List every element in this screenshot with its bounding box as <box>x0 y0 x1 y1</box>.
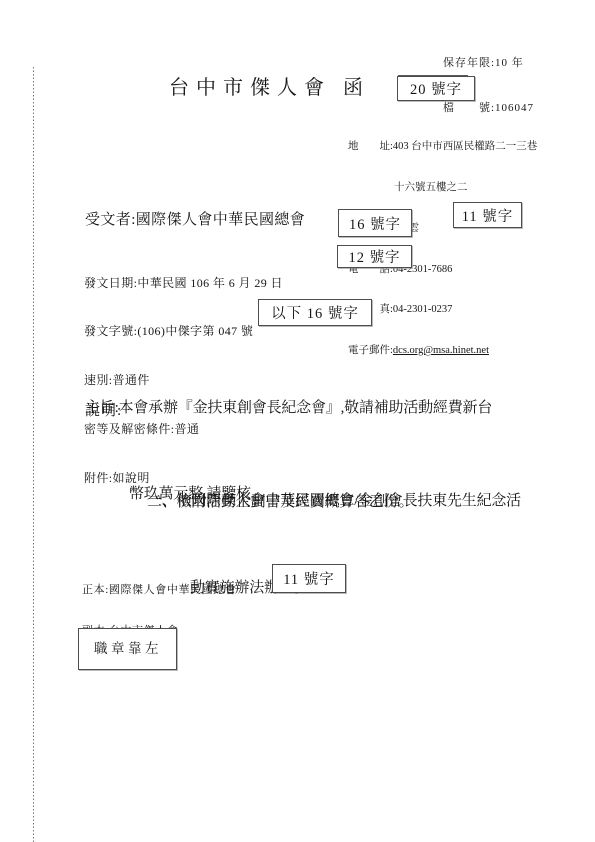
body-font-size-annotation: 以下 16 號字 <box>258 299 372 326</box>
address-line-2: 十六號五樓之二 <box>348 181 537 195</box>
address-value: 403 台中市西區民權路二一三巷 <box>393 141 537 152</box>
date-font-size-annotation: 12 號字 <box>337 245 412 268</box>
original-recipient-line: 正本:國際傑人會中華民國總會 <box>82 584 236 598</box>
contact-font-size-annotation: 11 號字 <box>453 202 522 228</box>
fax-line: 傳 真:04-2301-0237 <box>348 303 537 317</box>
seal-position-note: 職章靠左 <box>94 637 176 657</box>
document-type-label: 函 <box>343 77 363 99</box>
issue-date-line: 發文日期:中華民國 106 年 6 月 29 日 <box>84 275 283 291</box>
official-letter-page: 保存年限:10 年 檔 號:106047 台中市傑人會函 20 號字 地 址:4… <box>0 0 595 842</box>
issuing-org-name: 台中市傑人會 <box>169 77 331 99</box>
description-heading: 說明: <box>85 399 122 420</box>
recipient-line: 受文者:國際傑人會中華民國總會 <box>85 208 305 229</box>
fax-value: 04-2301-0237 <box>393 304 453 315</box>
description-item-2: 二、檢附活動企劃書及經費概算各乙份。 <box>147 490 413 511</box>
subject-line-1: 主旨:本會承辦『金扶東創會長紀念會』,敬請補助活動經費新台 <box>85 394 525 423</box>
annotation-text: 16 號字 <box>349 213 401 234</box>
annotation-text: 12 號字 <box>348 246 400 267</box>
document-title: 台中市傑人會函 <box>169 77 363 100</box>
address-label: 地 址: <box>348 141 393 152</box>
address-line: 地 址:403 台中市西區民權路二一三巷 <box>348 140 537 154</box>
annotation-text: 11 號字 <box>283 568 335 589</box>
copies-font-size-annotation: 11 號字 <box>272 564 346 593</box>
binding-margin-line <box>33 67 34 842</box>
annotation-text: 以下 16 號字 <box>271 302 359 323</box>
retention-line: 保存年限:10 年 <box>443 56 534 71</box>
seal-position-box: 職章靠左 <box>78 628 177 670</box>
annotation-text: 11 號字 <box>462 205 514 226</box>
annotation-text: 20 號字 <box>410 78 462 99</box>
title-font-size-annotation: 20 號字 <box>397 76 475 101</box>
recipient-font-size-annotation: 16 號字 <box>338 209 412 237</box>
